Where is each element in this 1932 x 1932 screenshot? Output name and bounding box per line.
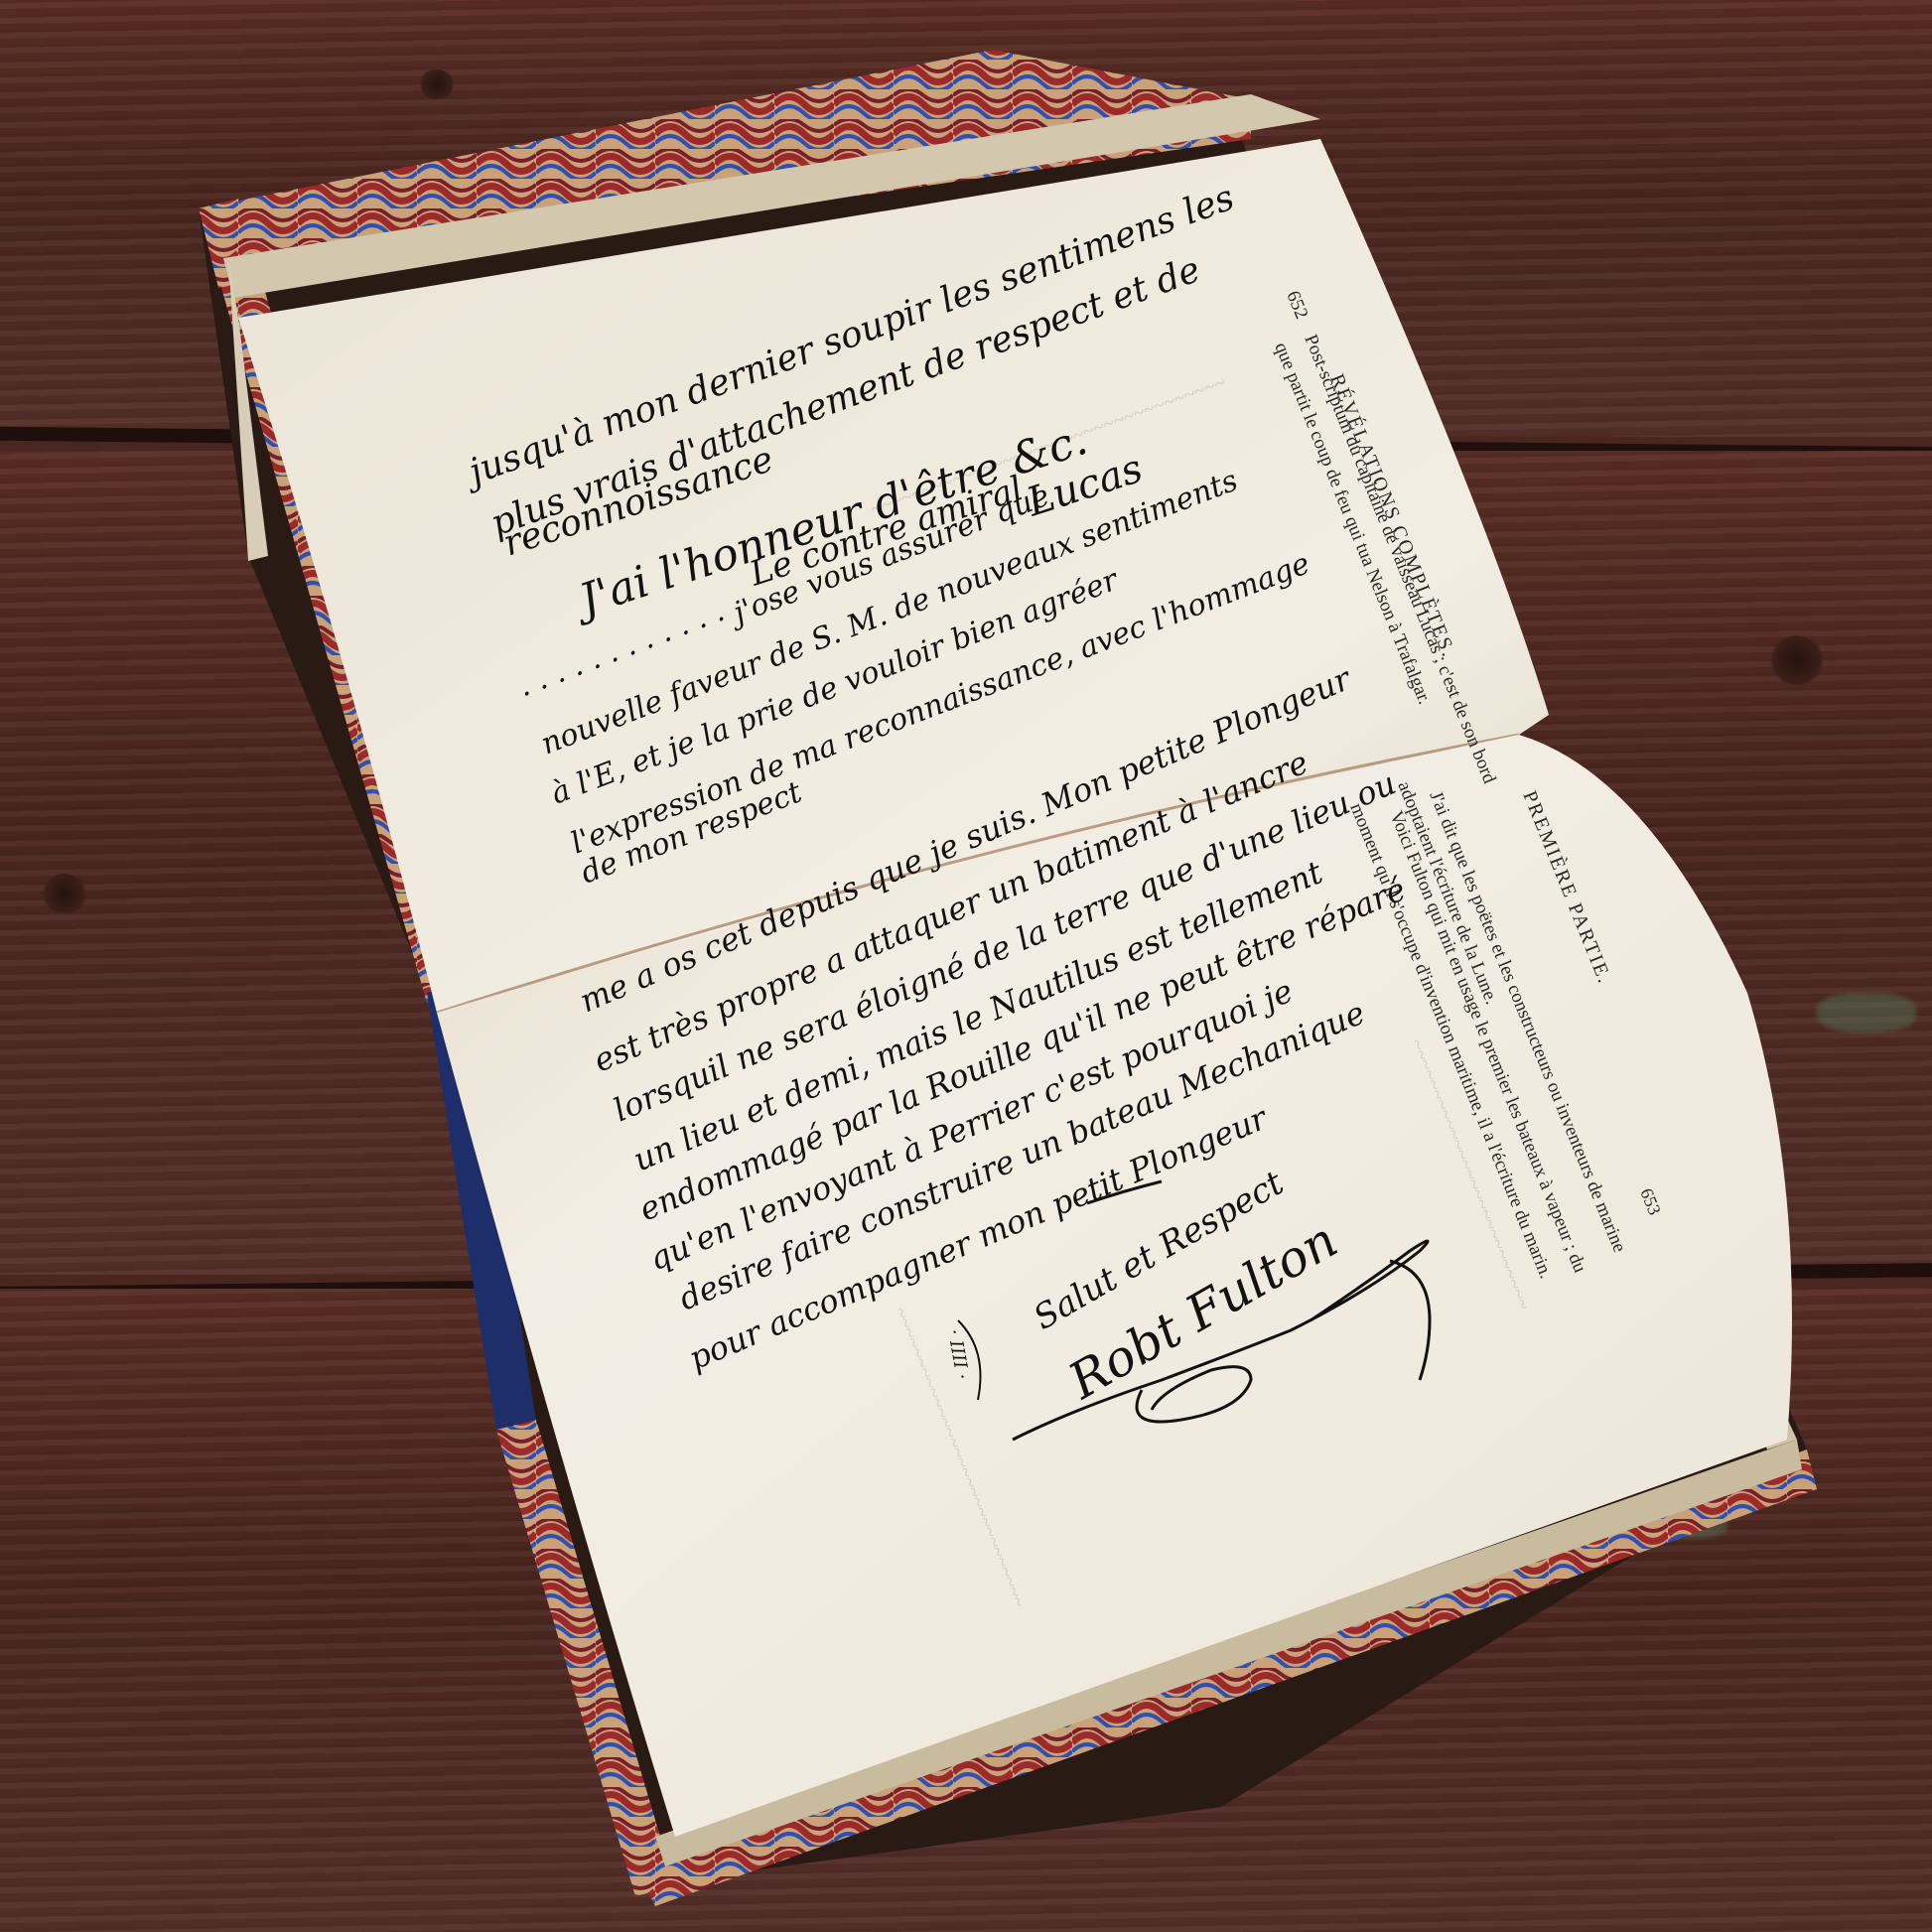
book-illustration: ~~~~~~~~~~~~~~~~~~~~~~~~~~~~~~~~~~~ ~~~~… — [0, 0, 1932, 1932]
open-book: ~~~~~~~~~~~~~~~~~~~~~~~~~~~~~~~~~~~ ~~~~… — [0, 0, 1932, 1932]
